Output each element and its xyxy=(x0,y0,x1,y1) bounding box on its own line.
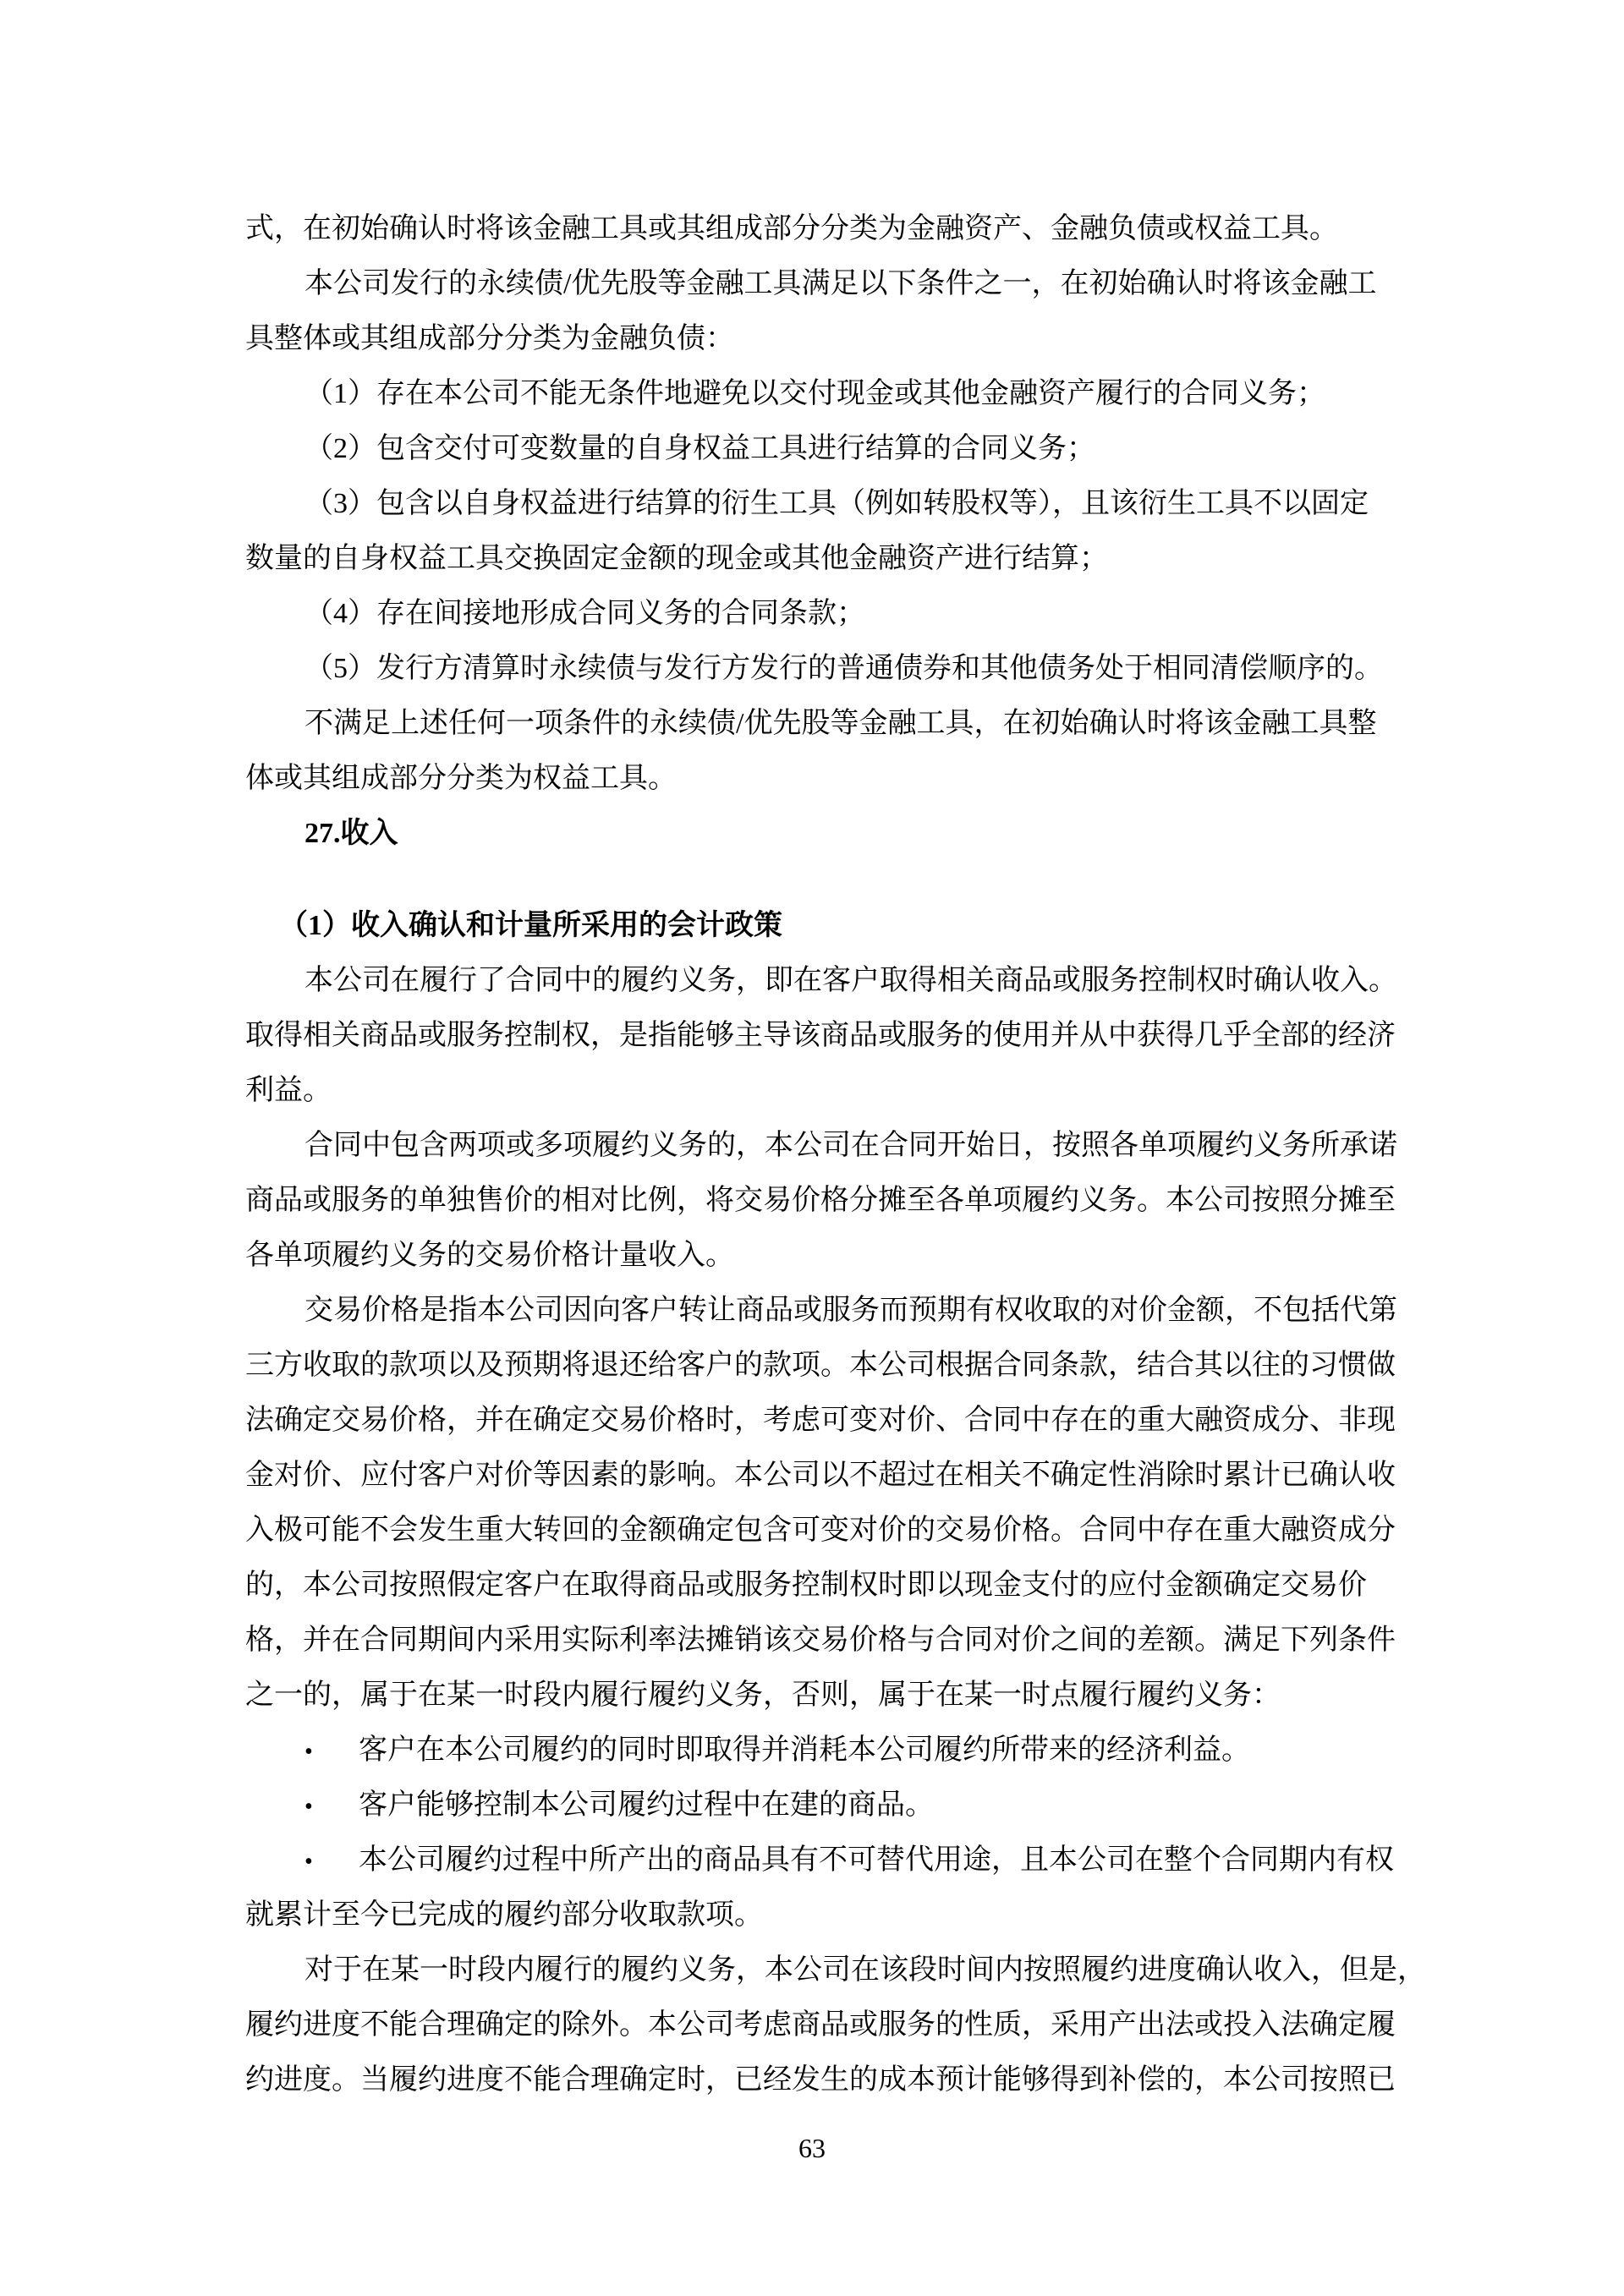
text-line: （3）包含以自身权益进行结算的衍生工具（例如转股权等），且该衍生工具不以固定 xyxy=(245,476,1400,531)
bullet-icon: • xyxy=(304,1834,359,1889)
page-number: 63 xyxy=(0,2121,1624,2176)
bullet-text: 本公司履约过程中所产出的商品具有不可替代用途，且本公司在整个合同期内有权 xyxy=(359,1844,1394,1876)
document-lines: 式，在初始确认时将该金融工具或其组成部分分类为金融资产、金融负债或权益工具。本公… xyxy=(245,201,1400,2107)
text-line: 27.收入 xyxy=(245,806,1400,861)
text-line: 之一的，属于在某一时段内履行履约义务，否则，属于在某一时点履行履约义务： xyxy=(245,1668,1400,1723)
text-line: •本公司履约过程中所产出的商品具有不可替代用途，且本公司在整个合同期内有权 xyxy=(245,1833,1400,1888)
text-line: 合同中包含两项或多项履约义务的，本公司在合同开始日，按照各单项履约义务所承诺 xyxy=(245,1118,1400,1173)
text-line: （2）包含交付可变数量的自身权益工具进行结算的合同义务； xyxy=(245,421,1400,476)
text-line: （4）存在间接地形成合同义务的合同条款； xyxy=(245,586,1400,641)
document-page: 式，在初始确认时将该金融工具或其组成部分分类为金融资产、金融负债或权益工具。本公… xyxy=(0,0,1624,2296)
bullet-icon: • xyxy=(304,1779,359,1834)
text-line: 入极可能不会发生重大转回的金额确定包含可变对价的交易价格。合同中存在重大融资成分 xyxy=(245,1503,1400,1558)
text-line: 本公司发行的永续债/优先股等金融工具满足以下条件之一，在初始确认时将该金融工 xyxy=(245,256,1400,311)
text-line: 金对价、应付客户对价等因素的影响。本公司以不超过在相关不确定性消除时累计已确认收 xyxy=(245,1448,1400,1503)
text-line: 不满足上述任何一项条件的永续债/优先股等金融工具，在初始确认时将该金融工具整 xyxy=(245,696,1400,751)
text-line: 交易价格是指本公司因向客户转让商品或服务而预期有权收取的对价金额，不包括代第 xyxy=(245,1283,1400,1338)
text-line: 取得相关商品或服务控制权，是指能够主导该商品或服务的使用并从中获得几乎全部的经济 xyxy=(245,1008,1400,1063)
text-line: 约进度。当履约进度不能合理确定时，已经发生的成本预计能够得到补偿的，本公司按照已 xyxy=(245,2052,1400,2107)
text-line: （1）存在本公司不能无条件地避免以交付现金或其他金融资产履行的合同义务； xyxy=(245,366,1400,421)
text-line: 各单项履约义务的交易价格计量收入。 xyxy=(245,1228,1400,1283)
text-line: （5）发行方清算时永续债与发行方发行的普通债券和其他债务处于相同清偿顺序的。 xyxy=(245,641,1400,696)
line-spacer xyxy=(245,861,1400,898)
text-line: •客户能够控制本公司履约过程中在建的商品。 xyxy=(245,1778,1400,1833)
text-line: 利益。 xyxy=(245,1063,1400,1118)
text-line: 体或其组成部分分类为权益工具。 xyxy=(245,751,1400,806)
text-line: 本公司在履行了合同中的履约义务，即在客户取得相关商品或服务控制权时确认收入。 xyxy=(245,953,1400,1008)
text-line: 法确定交易价格，并在确定交易价格时，考虑可变对价、合同中存在的重大融资成分、非现 xyxy=(245,1393,1400,1448)
text-line: （1）收入确认和计量所采用的会计政策 xyxy=(245,898,1400,953)
bullet-icon: • xyxy=(304,1724,359,1779)
text-line: 式，在初始确认时将该金融工具或其组成部分分类为金融资产、金融负债或权益工具。 xyxy=(245,201,1400,256)
text-line: 三方收取的款项以及预期将退还给客户的款项。本公司根据合同条款，结合其以往的习惯做 xyxy=(245,1338,1400,1393)
text-line: 履约进度不能合理确定的除外。本公司考虑商品或服务的性质，采用产出法或投入法确定履 xyxy=(245,1997,1400,2052)
text-line: 具整体或其组成部分分类为金融负债： xyxy=(245,311,1400,366)
text-line: 商品或服务的单独售价的相对比例，将交易价格分摊至各单项履约义务。本公司按照分摊至 xyxy=(245,1173,1400,1228)
text-line: 的，本公司按照假定客户在取得商品或服务控制权时即以现金支付的应付金额确定交易价 xyxy=(245,1558,1400,1613)
text-line: 数量的自身权益工具交换固定金额的现金或其他金融资产进行结算； xyxy=(245,531,1400,586)
text-line: •客户在本公司履约的同时即取得并消耗本公司履约所带来的经济利益。 xyxy=(245,1723,1400,1778)
bullet-text: 客户在本公司履约的同时即取得并消耗本公司履约所带来的经济利益。 xyxy=(359,1734,1250,1766)
text-line: 格，并在合同期间内采用实际利率法摊销该交易价格与合同对价之间的差额。满足下列条件 xyxy=(245,1613,1400,1668)
bullet-text: 客户能够控制本公司履约过程中在建的商品。 xyxy=(359,1789,934,1821)
text-line: 对于在某一时段内履行的履约义务，本公司在该段时间内按照履约进度确认收入，但是， xyxy=(245,1943,1400,1997)
text-line: 就累计至今已完成的履约部分收取款项。 xyxy=(245,1888,1400,1943)
